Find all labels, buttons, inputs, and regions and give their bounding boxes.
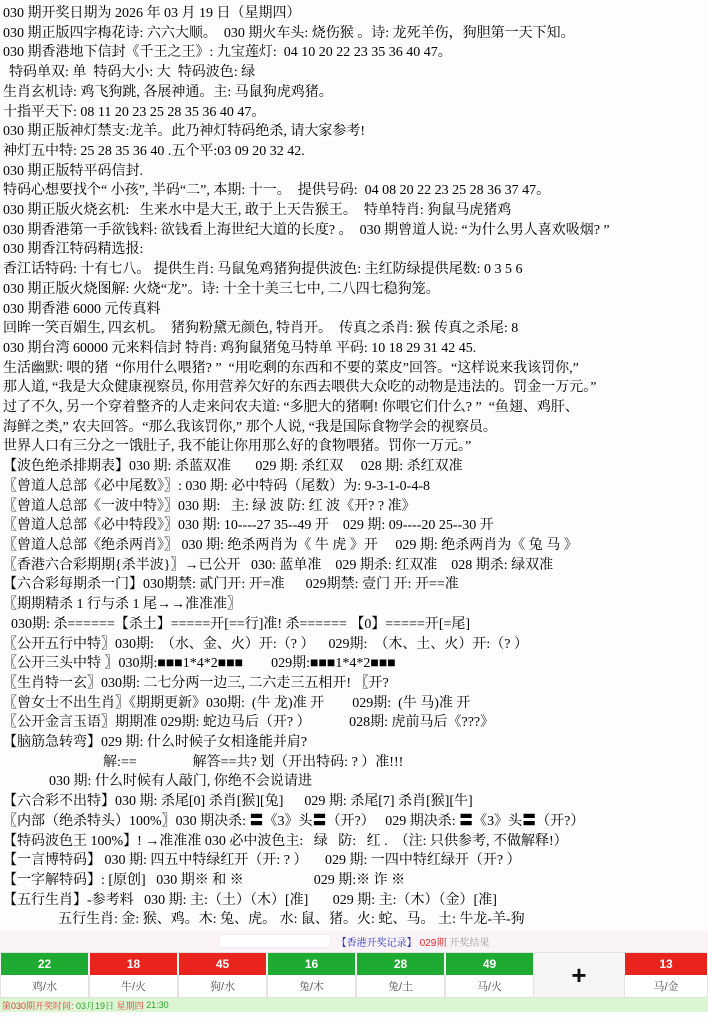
text-line: 〖期期精杀 1 行与杀 1 尾→→准准准〗 — [3, 595, 708, 615]
text-line: 〖曾道人总部《一波中特》〗030 期: 主: 绿 波 防: 红 波《开? ? 准… — [3, 497, 708, 517]
ball-number: 13 — [625, 953, 707, 975]
text-line: 〖香港六合彩期期{杀半波}〗→已公开 030: 蓝单准 029 期杀: 红双准 … — [3, 556, 708, 576]
text-line: 特码单双: 单 特码大小: 大 特码波色: 绿 — [3, 63, 708, 83]
text-line: 【特码波色王 100%】! →准准准 030 必中波色主: 绿 防: 红 . （… — [3, 832, 708, 852]
text-line: 【波色绝杀排期表】030 期: 杀蓝双准 029 期: 杀红双 028 期: 杀… — [3, 457, 708, 477]
text-line: 030 期正版火烧玄机: 生来水中是大王, 敢于上天告猴王。 特单特肖: 狗鼠马… — [3, 201, 708, 221]
text-line: 生活幽默: 喂的猪 “你用什么喂猪? ” “用吃剩的东西和不要的菜皮”回答。“这… — [3, 359, 708, 379]
record-blank-box — [219, 934, 331, 948]
ball-number: 49 — [446, 953, 533, 975]
result-ball: 22 鸡/水 — [0, 953, 89, 997]
text-line: 〖内部（绝杀特头）100%〗030 期决杀: 〓《3》头〓（开?） 029 期决… — [3, 812, 708, 832]
next-draw-footer: 第030期开奖时间: 03月19日 星期四 21:30 — [0, 998, 708, 1012]
ball-label: 鸡/水 — [0, 975, 89, 997]
text-line: 生肖玄机诗: 鸡飞狗跳, 各展神通。主: 马鼠狗虎鸡猪。 — [3, 83, 708, 103]
text-line: 030 期正版特平码信封. — [3, 162, 708, 182]
text-line: 十指平天下: 08 11 20 23 25 28 35 36 40 47。 — [3, 103, 708, 123]
text-line: 〖曾道人总部《必中特段》〗030 期: 10----27 35--49 开 02… — [3, 516, 708, 536]
plus-icon: + — [571, 962, 586, 988]
text-line: 回眸一笑百媚生, 四玄机。 猪狗粉黛无颜色, 特肖开。 传真之杀肖: 猴 传真之… — [3, 319, 708, 339]
text-line: 【一言博特码】 030 期: 四五中特绿红开（开: ? ） 029 期: 一四中… — [3, 851, 708, 871]
text-line: 五行生肖: 金: 猴、鸡。木: 兔、虎。 水: 鼠、猪。火: 蛇、马。 土: 牛… — [3, 910, 708, 930]
text-line: 030 期香港第一手欲钱料: 欲钱看上海世纪大道的长度? 。 030 期曾道人说… — [3, 221, 708, 241]
text-line: 030 期正版四字梅花诗: 六六大顺。 030 期火车头: 烧伤猴 。诗: 龙死… — [3, 24, 708, 44]
text-line: 030 期正版神灯禁支:龙羊。此乃神灯特码绝杀, 请大家参考! — [3, 122, 708, 142]
ball-label: 牛/火 — [89, 975, 178, 997]
ball-number: 22 — [1, 953, 88, 975]
record-result-label: 开奖结果 — [449, 934, 489, 949]
ball-label: 兔/土 — [356, 975, 445, 997]
text-line: 【脑筋急转弯】029 期: 什么时候子女相逢能并肩? — [3, 733, 708, 753]
text-line: 〖曾道人总部《绝杀两肖》〗 030 期: 绝杀两肖为《 牛 虎 》开 029 期… — [3, 536, 708, 556]
ball-label: 马/火 — [445, 975, 534, 997]
result-ball: 28 兔/土 — [356, 953, 445, 997]
text-line: 030 期香港地下信封《千王之王》: 九宝莲灯: 04 10 20 22 23 … — [3, 43, 708, 63]
ball-label: 狗/水 — [178, 975, 267, 997]
text-line: 【六合彩不出特】030 期: 杀尾[0] 杀肖[猴][兔] 029 期: 杀尾[… — [3, 792, 708, 812]
record-header-strip: 【香港开奖记录】 029期 开奖结果 — [0, 930, 708, 952]
text-line: 海鲜之类,” 农夫回答。“那么我该罚你,” 那个人说, “我是国际食物学会的视察… — [3, 418, 708, 438]
ball-number: 18 — [90, 953, 177, 975]
text-line: 神灯五中特: 25 28 35 36 40 .五个平:03 09 20 32 4… — [3, 142, 708, 162]
text-line: 030 期台湾 60000 元来料信封 特肖: 鸡狗鼠猪兔马特单 平码: 10 … — [3, 339, 708, 359]
text-line: 030 期香港 6000 元传真料 — [3, 300, 708, 320]
text-line: 世界人口有三分之一饿肚子, 我不能让你用那么好的食物喂猪。罚你一万元。” — [3, 437, 708, 457]
plus-separator: + — [534, 953, 624, 997]
text-line: 030 期香江特码精选报: — [3, 240, 708, 260]
text-line: 030 期正版火烧图解: 火烧“龙”。诗: 十全十美三七中, 二八四七稳狗笼。 — [3, 280, 708, 300]
next-draw-time: 21:30 — [146, 1000, 169, 1010]
ball-number: 28 — [357, 953, 444, 975]
text-line: 〖曾女士不出生肖〗《期期更新》030期: (牛 龙)准 开 029期: (牛 马… — [3, 694, 708, 714]
text-line: 特码心想要找个“ 小孩”, 半码“二”, 本期: 十一。 提供号码: 04 08… — [3, 181, 708, 201]
text-line: 〖曾道人总部《必中尾数》〗: 030 期: 必中特码（尾数）为: 9-3-1-0… — [3, 477, 708, 497]
result-ball: 18 牛/火 — [89, 953, 178, 997]
next-draw-label: 第030期开奖时间: — [2, 999, 76, 1012]
text-line: 【六合彩每期杀一门】030期禁: 贰门开: 开=准 029期禁: 壹门 开: 开… — [3, 575, 708, 595]
next-draw-weekday: 星期四 — [117, 999, 147, 1012]
next-draw-date: 03月19日 — [76, 999, 117, 1012]
text-line: 030 期开奖日期为 2026 年 03 月 19 日（星期四） — [3, 4, 708, 24]
tip-sheet-text: 030 期开奖日期为 2026 年 03 月 19 日（星期四） 030 期正版… — [0, 0, 708, 930]
ball-number: 16 — [268, 953, 355, 975]
result-ball: 45 狗/水 — [178, 953, 267, 997]
text-line: 那人道, “我是大众健康视察员, 你用营养欠好的东西去喂供大众吃的动物是违法的。… — [3, 378, 708, 398]
text-line: 030期: 杀======【杀土】=====开[==行]准! 杀====== 【… — [3, 615, 708, 635]
ball-label: 兔/木 — [267, 975, 356, 997]
result-ball-special: 13 马/金 — [624, 953, 708, 997]
record-period-label: 029期 — [420, 934, 447, 949]
text-line: 【五行生肖】-参考料 030 期: 主:（土）（木）[准] 029 期: 主:（… — [3, 891, 708, 911]
result-ball: 49 马/火 — [445, 953, 534, 997]
text-line: 〖公开五行中特〗030期: （水、金、火）开:（? ） 029期: （木、土、火… — [3, 635, 708, 655]
text-line: 030 期: 什么时候有人敲门, 你绝不会说请进 — [3, 772, 708, 792]
record-history-link[interactable]: 【香港开奖记录】 — [337, 934, 417, 949]
text-line: 解:== 解答==共? 划（开出特码: ? ）准!!! — [3, 753, 708, 773]
ball-number: 45 — [179, 953, 266, 975]
text-line: 〖生肖特一玄〗030期: 二七分两一边三, 二六走三五相开! 〖开? — [3, 674, 708, 694]
ball-label: 马/金 — [624, 975, 708, 997]
text-line: 〖公开三头中特 〗030期:■■■1*4*2■■■ 029期:■■■1*4*2■… — [3, 654, 708, 674]
draw-results-bar: 22 鸡/水 18 牛/火 45 狗/水 16 兔/木 28 兔/土 49 马/… — [0, 952, 708, 998]
text-line: 过了不久, 另一个穿着整齐的人走来问农夫道: “多肥大的猪啊! 你喂它们什么? … — [3, 398, 708, 418]
result-ball: 16 兔/木 — [267, 953, 356, 997]
text-line: 香江话特码: 十有七八。 提供生肖: 马鼠兔鸡猪狗提供波色: 主红防绿提供尾数:… — [3, 260, 708, 280]
text-line: 〖公开金言玉语〗期期准 029期: 蛇边马后（开? ） 028期: 虎前马后《?… — [3, 713, 708, 733]
text-line: 【一字解特码】: [原创] 030 期※ 和 ※ 029 期:※ 诈 ※ — [3, 871, 708, 891]
